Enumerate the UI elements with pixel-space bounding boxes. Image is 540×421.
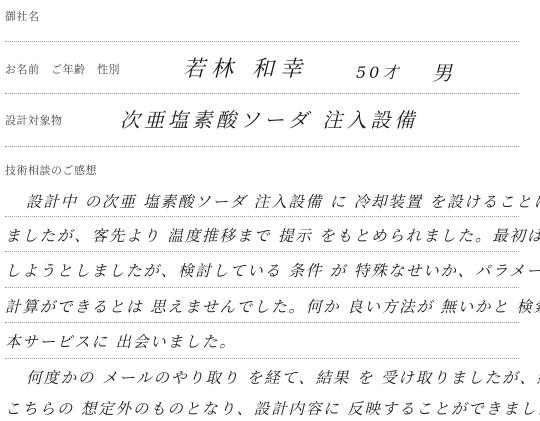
divider — [5, 251, 519, 252]
feedback-line: こちらの 想定外のものとなり、設計内容に 反映することができました。 — [5, 397, 540, 419]
divider — [5, 216, 519, 217]
feedback-line: ましたが、客先より 温度推移まで 提示 をもとめられました。最初は自ら 計算 — [5, 224, 540, 246]
feedback-line: しようとしましたが、検討している 条件 が 特殊なせいか、パラメータ が多くて … — [5, 259, 540, 281]
feedback-line: 何度かの メールのやり取り を経て、結果 を 受け取りましたが、結果は — [26, 366, 540, 388]
divider — [5, 146, 519, 147]
divider — [5, 41, 519, 42]
gender-value: 男 — [432, 57, 452, 86]
feedback-label: 技術相談のご感想 — [5, 162, 97, 178]
feedback-line: 計算ができるとは 思えませんでした。何か 良い方法が 無いかと 検索したところ — [5, 295, 540, 317]
divider — [5, 93, 519, 94]
divider — [5, 322, 519, 323]
divider — [5, 287, 519, 288]
age-value: 50才 — [356, 60, 401, 83]
divider — [5, 358, 519, 359]
name-value: 若林 和幸 — [183, 52, 308, 83]
feedback-line: 本サービスに 出会いました。 — [5, 330, 237, 352]
design-target-value: 次亜塩素酸ソーダ 注入設備 — [120, 104, 418, 133]
design-target-label: 設計対象物 — [5, 112, 63, 128]
feedback-line: 設計中 の次亜 塩素酸ソーダ 注入設備 に 冷却装置 を設けることになり — [26, 190, 540, 212]
name-age-gender-label: お名前 ご年齢 性別 — [5, 61, 120, 77]
company-name-label: 御社名 — [5, 8, 40, 24]
